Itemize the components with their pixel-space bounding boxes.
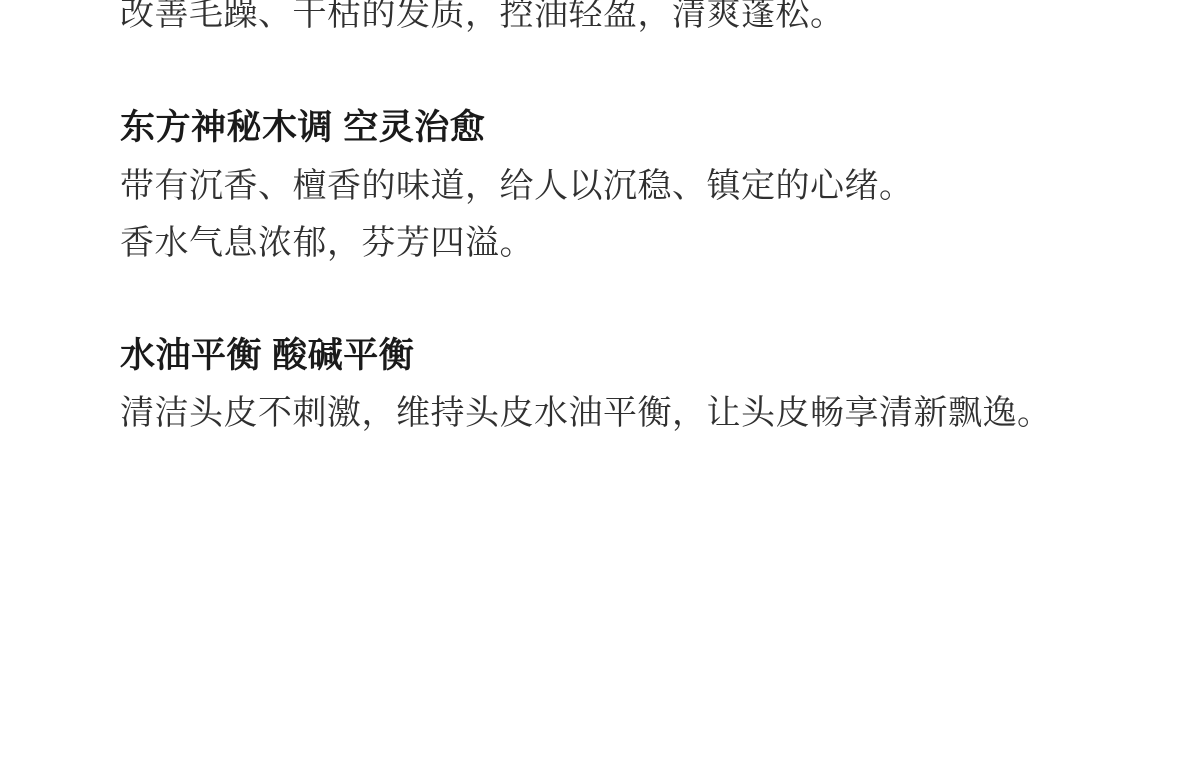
section-balance-text-line-1: 清洁头皮不刺激，维持头皮水油平衡，让头皮畅享清新飘逸。 [120,393,1052,433]
product-description-page: 改善毛躁、干枯的发质，控油轻盈，清爽蓬松。 东方神秘木调 空灵治愈 带有沉香、檀… [0,0,1200,766]
section-title-fragrance: 东方神秘木调 空灵治愈 [120,108,485,148]
section-title-balance: 水油平衡 酸碱平衡 [120,336,414,376]
section-fragrance-text-line-2: 香水气息浓郁，芬芳四溢。 [120,223,534,263]
intro-text: 改善毛躁、干枯的发质，控油轻盈，清爽蓬松。 [120,0,845,34]
section-fragrance-text-line-1: 带有沉香、檀香的味道，给人以沉稳、镇定的心绪。 [120,166,914,206]
